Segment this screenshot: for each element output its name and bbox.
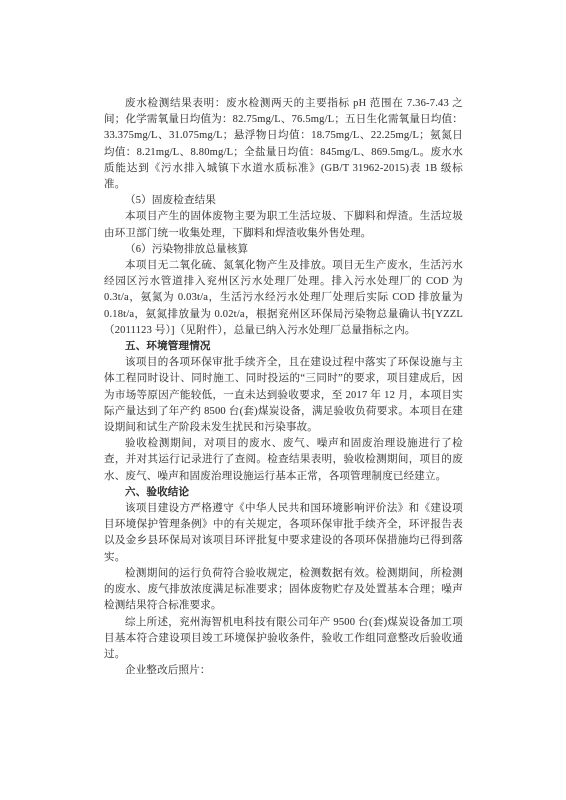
scanned-document-page: 废水检测结果表明：废水检测两天的主要指标 pH 范围在 7.36-7.43 之间…	[0, 0, 566, 800]
document-text-block: 废水检测结果表明：废水检测两天的主要指标 pH 范围在 7.36-7.43 之间…	[104, 96, 463, 679]
heading-section-6-acceptance-conclusion: 六、验收结论	[104, 485, 463, 501]
para-rectification-photos-caption: 企业整改后照片：	[104, 663, 463, 679]
para-solid-waste-disposal: 本项目产生的固体废物主要为职工生活垃圾、下脚料和焊渣。生活垃圾由环卫部门统一收集…	[104, 209, 463, 241]
para-overall-conclusion: 综上所述，兖州海智机电科技有限公司年产 9500 台(套)煤炭设备加工项目基本符…	[104, 615, 463, 664]
para-acceptance-inspection-facilities: 验收检测期间，对项目的废水、废气、噪声和固废治理设施进行了检查，并对其运行记录进…	[104, 436, 463, 485]
subheading-pollutant-total-accounting: （6）污染物排放总量核算	[104, 242, 463, 258]
para-three-simultaneity-compliance: 该项目的各项环保审批手续齐全，且在建设过程中落实了环保设施与主体工程同时设计、同…	[104, 355, 463, 436]
para-pollutant-discharge-totals: 本项目无二氧化硫、氮氧化物产生及排放。项目无生产废水，生活污水经园区污水管道排入…	[104, 258, 463, 339]
para-wastewater-test-results: 废水检测结果表明：废水检测两天的主要指标 pH 范围在 7.36-7.43 之间…	[104, 96, 463, 193]
para-monitoring-load-validity: 检测期间的运行负荷符合验收规定，检测数据有效。检测期间，所检测的废水、废气排放浓…	[104, 566, 463, 615]
heading-section-5-environmental-management: 五、环境管理情况	[104, 339, 463, 355]
para-regulation-compliance: 该项目建设方严格遵守《中华人民共和国环境影响评价法》和《建设项目环境保护管理条例…	[104, 501, 463, 566]
subheading-solid-waste-inspection: （5）固废检查结果	[104, 193, 463, 209]
